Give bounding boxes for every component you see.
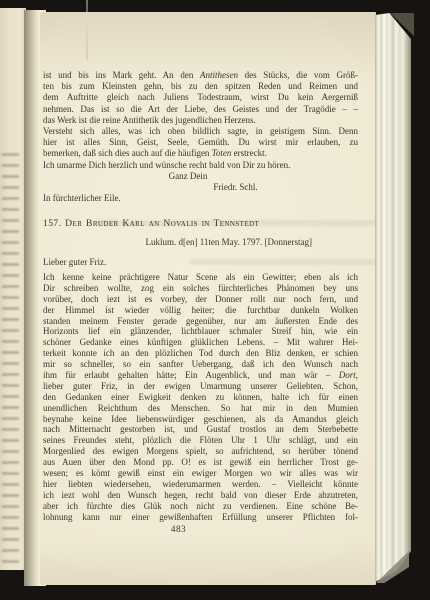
text-line: 30nach Mitternacht gestorben ist, und Gu… [43,424,358,435]
text-line: vorüber, doch iezt ist es vorbey, der Do… [43,294,358,305]
text-line: seines Freundes steht, plözlich die Flöt… [43,435,358,446]
text-line: Versteht sich alles, was ich oben bildli… [43,126,358,137]
text-segment: nehmen. Das ist so die Art der Liebe, de… [43,104,358,114]
text-segment: erstreckt. [231,148,266,158]
text-segment: ten bis zum Kleinsten gehn, bis zu den s… [43,81,358,91]
text-line: beynahe keine Idee liebenswürdiger gesch… [43,414,358,425]
text-segment: vorüber, doch iezt ist es vorbey, der Do… [43,294,358,304]
text-line: dem Auftritte gleich nach Juliens Todest… [43,92,358,103]
text-segment: unendlichen Reichthum des Menschen. So h… [43,403,358,413]
facing-page-edge [0,8,26,570]
text-line: aber ich fürchte dies Glük noch nicht zu… [43,501,358,512]
text-line: 5das Werk ist die reine Antithetik des j… [43,115,358,126]
text-segment: beynahe keine Idee liebenswürdiger gesch… [43,414,358,424]
text-line: lieber guter Friz, in der ewigen Umarmun… [43,381,358,392]
text-segment: lohnung kann nur einer gewißenhaften Erf… [43,512,358,522]
text-segment: Horizonts lief ein glänzender, lichtblau… [43,326,358,336]
text-line: Friedr. Schl. [43,182,358,193]
text-segment: terkeit konnte ich an den plözlichen Tod… [43,348,358,358]
text-segment: dem Auftritte gleich nach Juliens Todest… [43,92,358,102]
text-segment: bemerken, daß sich dies auch auf die häu… [43,148,212,158]
text-segment: seines Freundes steht, plözlich die Flöt… [43,435,358,445]
salutation-line: 15Lieber guter Friz. [43,257,358,268]
letter-body: Ich kenne keine prächtigere Natur Scene … [43,272,358,522]
text-segment: lieber guter Friz, in der ewigen Umarmun… [43,381,358,391]
text-segment: Ich kenne keine prächtigere Natur Scene … [43,272,358,282]
text-line: 35hier liebten wiedersehen, wiederumarme… [43,479,358,490]
text-segment: Versteht sich alles, was ich oben bildli… [43,126,358,136]
text-segment: standen meinem Fenster gerade gegenüber,… [43,316,358,326]
text-segment: In fürchterlicher Eile. [43,193,121,203]
salutation: Lieber guter Friz. [43,257,106,267]
text-line: Horizonts lief ein glänzender, lichtblau… [43,326,358,337]
text-line: bemerken, daß sich dies auch auf die häu… [43,148,358,159]
text-line: In fürchterlicher Eile. [43,193,358,204]
text-line: Ich umarme Dich herzlich und wünsche rec… [43,160,358,171]
text-segment: wesen; es kömt gewiß einst ein ewiger Mo… [43,468,358,478]
text-segment: Morgenlied des ewigen Morgens spielt, so… [43,446,358,456]
text-line: terkeit konnte ich an den plözlichen Tod… [43,348,358,359]
text-line: 20standen meinem Fenster gerade gegenübe… [43,316,358,327]
text-line: nehmen. Das ist so die Art der Liebe, de… [43,104,358,115]
text-segment: Ich umarme Dich herzlich und wünsche rec… [43,160,290,170]
text-line: schöner Gedanke eines künftigen glüklich… [43,337,358,348]
text-line: Morgenlied des ewigen Morgens spielt, so… [43,446,358,457]
text-line: unendlichen Reichthum des Menschen. So h… [43,403,358,414]
text-line: lohnung kann nur einer gewißenhaften Erf… [43,512,358,523]
text-segment: den Gedanken einer Ewigkeit denken zu kö… [43,392,358,402]
text-segment: der Himmel ist wieder völlig heiter; die… [43,305,358,315]
text-segment: hier liebten wiedersehen, wiederumarmen … [43,479,358,489]
text-segment: nach Mitternacht gestorben ist, und Gust… [43,424,358,434]
book-page: ist und bis ins Mark geht. An den Antith… [40,12,376,585]
italic-text: Toten [212,148,232,158]
text-line: mir so schneller, so ein sanfter Ueberga… [43,359,358,370]
text-segment: des Stücks, die vom Größ- [238,70,358,80]
previous-letter-ending: ist und bis ins Mark geht. An den Antith… [43,70,358,204]
text-line: den Gedanken einer Ewigkeit denken zu kö… [43,392,358,403]
text-segment: aus Auen über den Mond pp. O! es ist gew… [43,457,358,467]
text-segment: Dir schreiben wollte, zog ein solches fü… [43,283,358,293]
text-block: ist und bis ins Mark geht. An den Antith… [43,12,358,585]
text-line: wesen; es kömt gewiß einst ein ewiger Mo… [43,468,358,479]
text-line: hier ist alles Sinn, Geist, Seele, Gemüt… [43,137,358,148]
text-segment: ich iezt wohl den Wunsch hegen, recht ba… [43,490,358,500]
text-segment: hier ist alles Sinn, Geist, Seele, Gemüt… [43,137,358,147]
text-segment: schöner Gedanke eines künftigen glüklich… [43,337,358,347]
text-line: Dir schreiben wollte, zog ein solches fü… [43,283,358,294]
text-line: Ich kenne keine prächtigere Natur Scene … [43,272,358,283]
text-line: 25ihm für erlaubt gehalten hätte; Ein Au… [43,370,358,381]
fore-edge-pages [375,13,411,583]
letter-heading: 157. Der Bruder Karl an Novalis in Tenns… [43,218,358,229]
text-line: ist und bis ins Mark geht. An den Antith… [43,70,358,81]
text-segment: Ganz Dein [169,171,208,181]
text-segment: ist und bis ins Mark geht. An den [43,70,200,80]
text-line: 10Ganz Dein [43,171,358,182]
text-segment: das Werk ist die reine Antithetik des ju… [43,115,256,125]
italic-text: Dort [339,370,356,380]
text-line: ich iezt wohl den Wunsch hegen, recht ba… [43,490,358,501]
scanned-book-photo: ist und bis ins Mark geht. An den Antith… [0,0,430,600]
text-line: aus Auen über den Mond pp. O! es ist gew… [43,457,358,468]
text-segment: aber ich fürchte dies Glük noch nicht zu… [43,501,358,511]
page-number: 483 [21,524,336,534]
text-segment: , [356,370,358,380]
film-scratch [86,0,88,60]
text-segment: Friedr. Schl. [213,182,257,192]
letter-dateline: Luklum. d[en] 11ten May. 1797. [Donnerst… [43,237,358,247]
text-line: der Himmel ist wieder völlig heiter; die… [43,305,358,316]
text-segment: ihm für erlaubt gehalten hätte; Ein Auge… [43,370,339,380]
text-line: ten bis zum Kleinsten gehn, bis zu den s… [43,81,358,92]
text-segment: mir so schneller, so ein sanfter Ueberga… [43,359,358,369]
italic-text: Antithesen [200,70,238,80]
